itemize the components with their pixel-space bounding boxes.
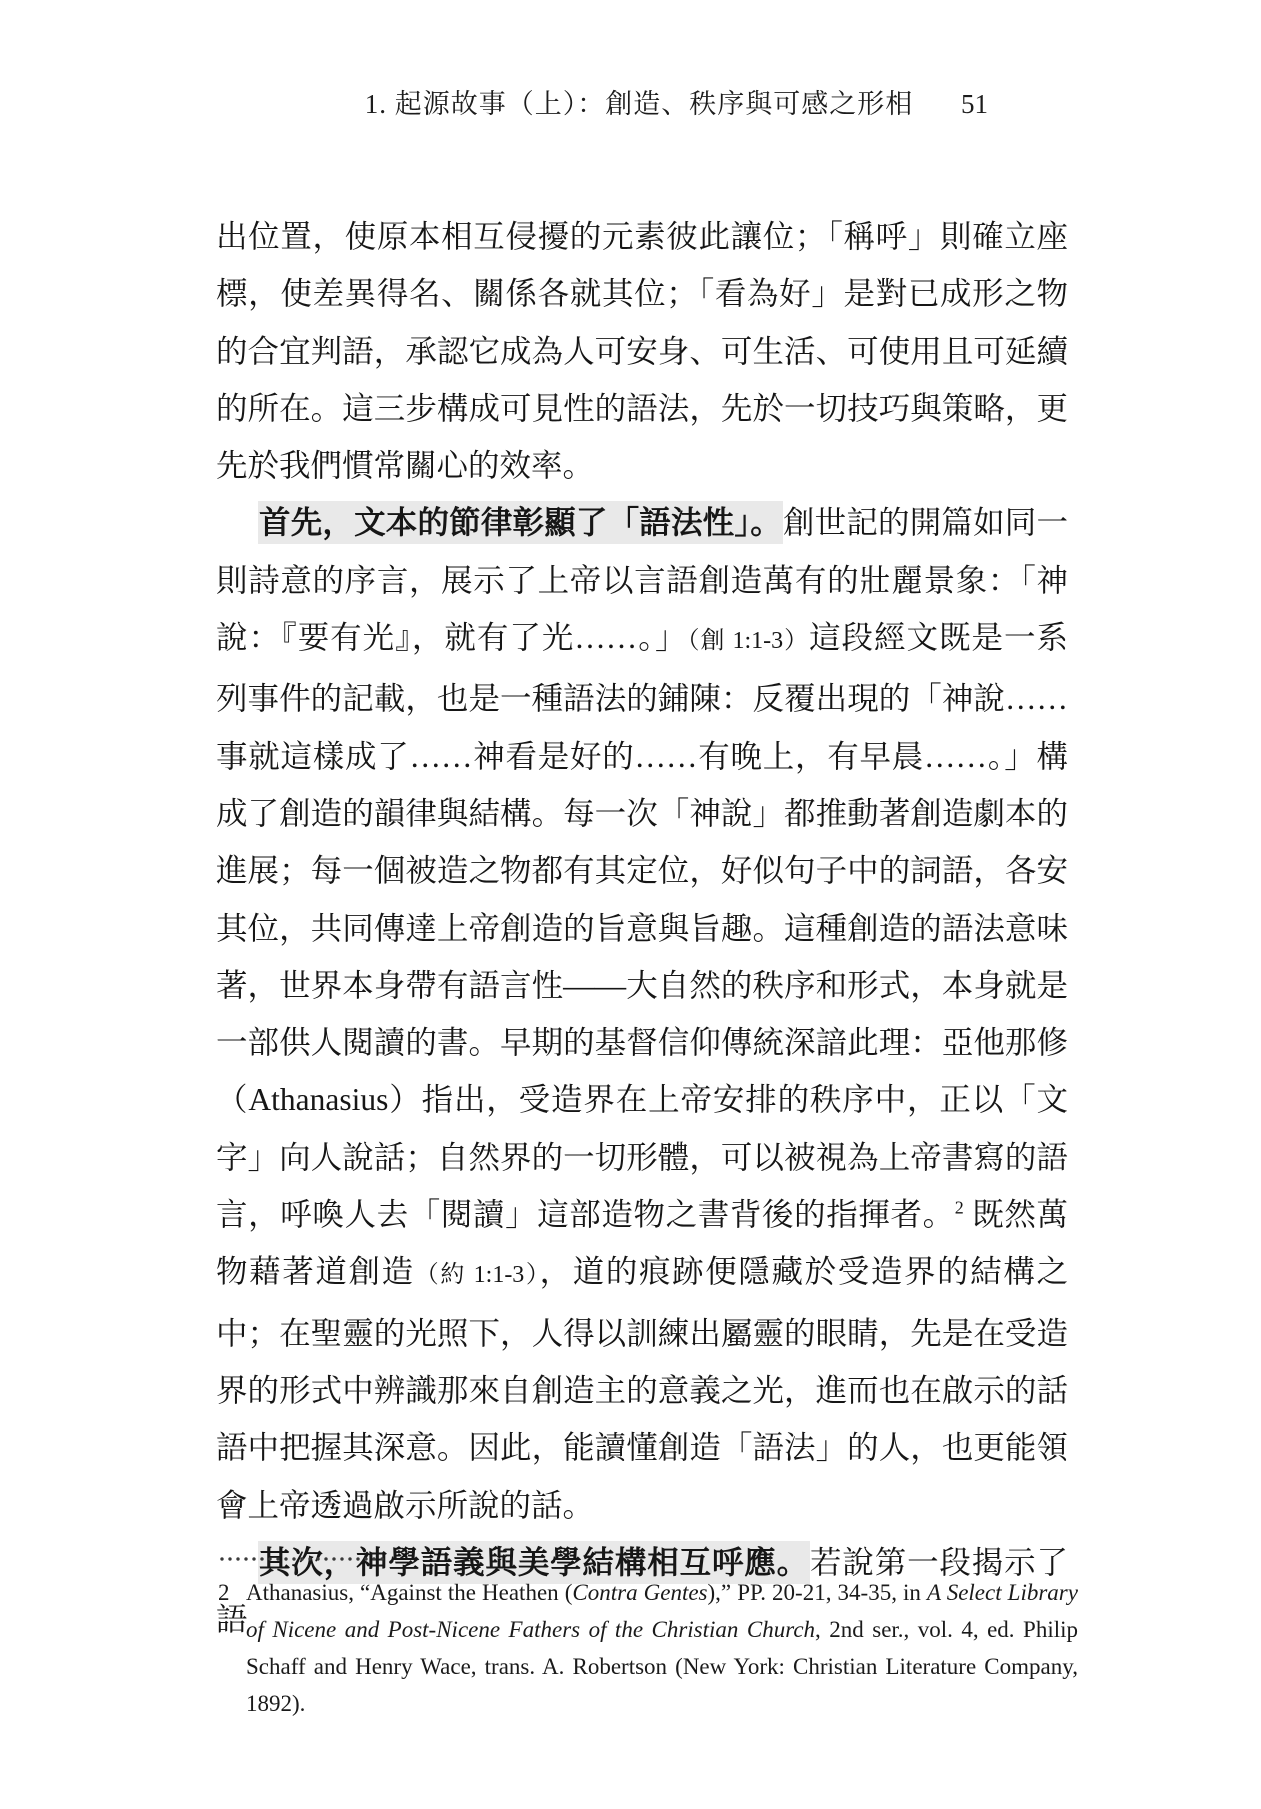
footnote-text: Athanasius, “Against the Heathen (Contra…: [246, 1580, 1078, 1716]
footnote-number: 2: [218, 1574, 230, 1611]
text-run: 這段經文既是一系列事件的記載，也是一種語法的鋪陳：反覆出現的「神說……事就這樣成…: [216, 620, 1068, 1232]
paragraph: 首先，文本的節律彰顯了「語法性」。創世記的開篇如同一則詩意的序言，展示了上帝以言…: [216, 494, 1068, 1533]
body-text: 出位置，使原本相互侵擾的元素彼此讓位；「稱呼」則確立座標，使差異得名、關係各就其…: [216, 208, 1068, 1648]
footnote: 2 Athanasius, “Against the Heathen (Cont…: [218, 1574, 1078, 1722]
footnote-section: 2 Athanasius, “Against the Heathen (Cont…: [218, 1556, 1078, 1722]
footnote-marker: 2: [955, 1198, 964, 1218]
page-number: 51: [961, 89, 988, 120]
chapter-title: 1. 起源故事（上）：創造、秩序與可感之形相: [365, 89, 914, 119]
book-title: Contra Gentes: [572, 1580, 707, 1605]
highlighted-lead-text: 首先，文本的節律彰顯了「語法性」。: [258, 501, 783, 544]
text-run: Athanasius, “Against the Heathen (: [246, 1580, 572, 1605]
paragraph: 出位置，使原本相互侵擾的元素彼此讓位；「稱呼」則確立座標，使差異得名、關係各就其…: [216, 208, 1068, 494]
text-run: ，道的痕跡便隱藏於受造界的結構之中；在聖靈的光照下，人得以訓練出屬靈的眼睛，先是…: [216, 1254, 1068, 1522]
footnote-separator: [218, 1556, 386, 1562]
book-page: 1. 起源故事（上）：創造、秩序與可感之形相 51 出位置，使原本相互侵擾的元素…: [0, 0, 1261, 1809]
scripture-reference: （創 1:1-3）: [688, 628, 810, 654]
scripture-reference: （約 1:1-3）: [415, 1262, 540, 1288]
text-run: ),” PP. 20-21, 34-35, in: [708, 1580, 927, 1605]
running-head: 1. 起源故事（上）：創造、秩序與可感之形相 51: [0, 82, 988, 121]
text-run: 出位置，使原本相互侵擾的元素彼此讓位；「稱呼」則確立座標，使差異得名、關係各就其…: [216, 219, 1068, 483]
